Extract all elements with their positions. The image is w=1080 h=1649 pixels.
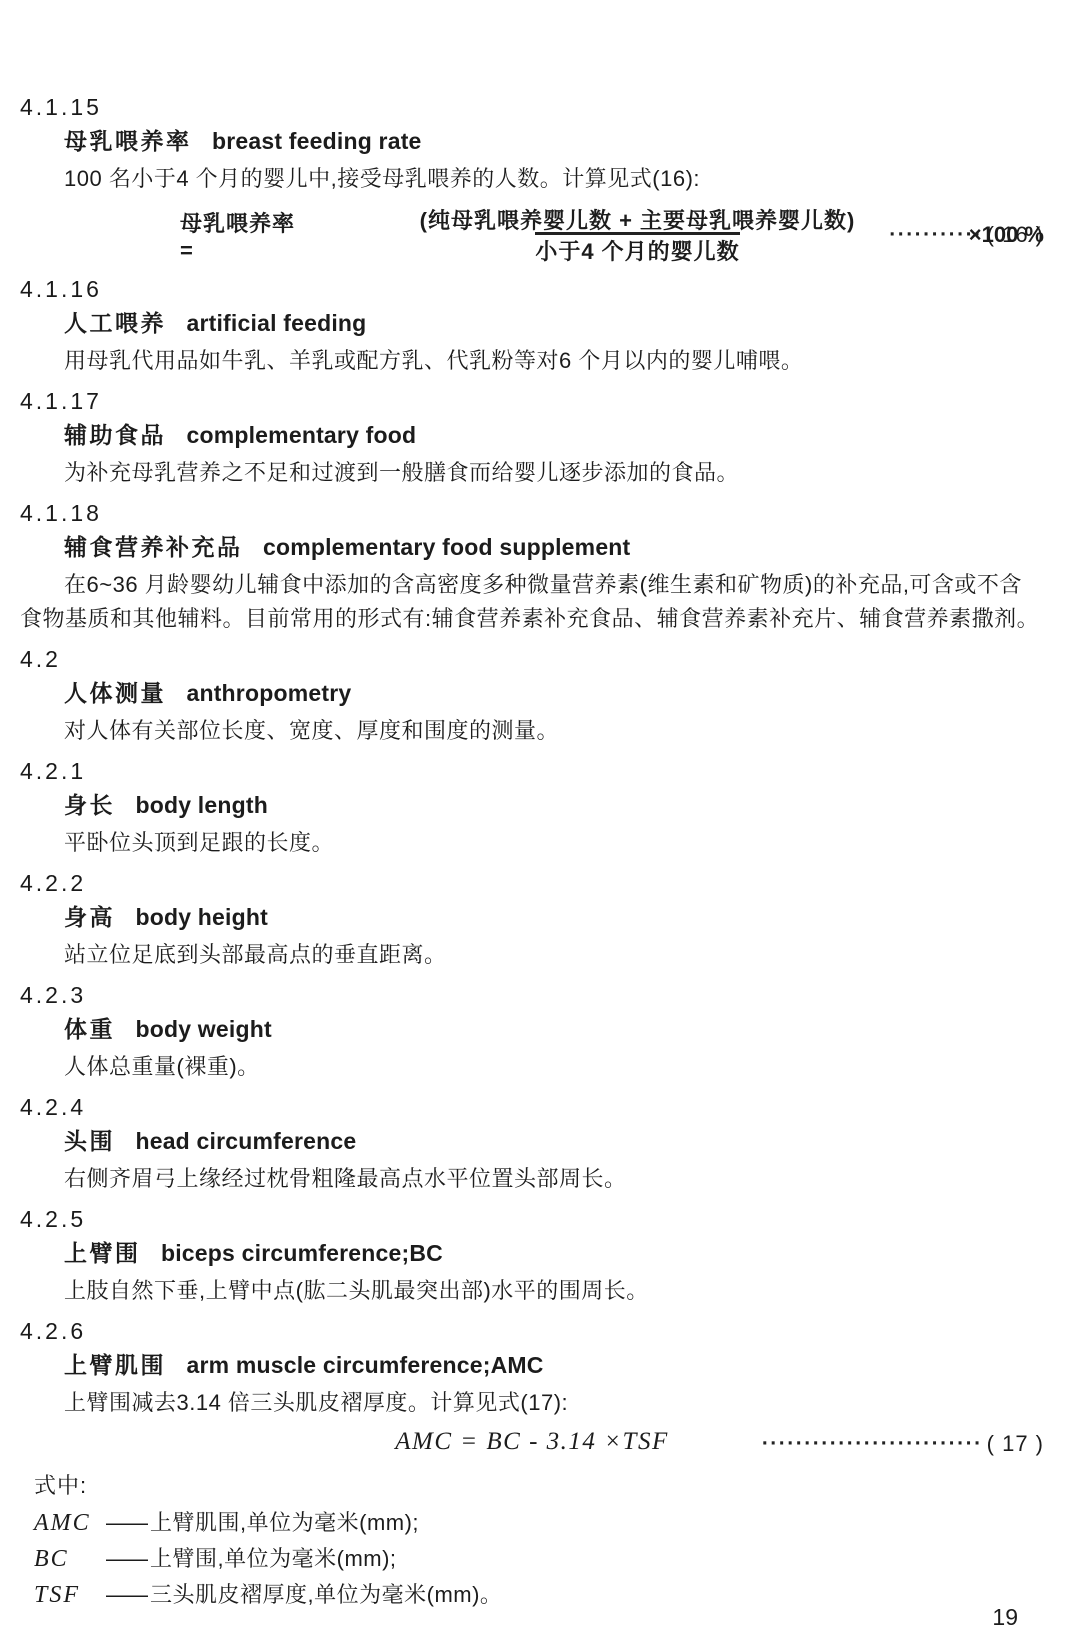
section-4-2-4: 4.2.4 头围 head circumference 右侧齐眉弓上缘经过枕骨粗… — [20, 1091, 1044, 1196]
fraction-denominator: 小于4 个月的婴儿数 — [535, 232, 739, 264]
term-line: 上臂围 biceps circumference;BC — [64, 1236, 1044, 1274]
term-english: body length — [135, 792, 268, 818]
section-4-1-18: 4.1.18 辅食营养补充品 complementary food supple… — [20, 497, 1044, 636]
term-english: body height — [135, 904, 268, 930]
section-4-2-2: 4.2.2 身高 body height 站立位足底到头部最高点的垂直距离。 — [20, 867, 1044, 972]
document-page: 4.1.15 母乳喂养率 breast feeding rate 100 名小于… — [0, 0, 1080, 1613]
section-4-2: 4.2 人体测量 anthropometry 对人体有关部位长度、宽度、厚度和围… — [20, 643, 1044, 748]
section-number: 4.1.18 — [20, 497, 1044, 530]
definition-paragraph: 用母乳代用品如牛乳、羊乳或配方乳、代乳粉等对6 个月以内的婴儿哺喂。 — [20, 344, 1044, 378]
term-chinese: 辅助食品 — [64, 422, 166, 448]
term-line: 身高 body height — [64, 900, 1044, 938]
symbol: AMC — [34, 1505, 106, 1541]
term-chinese: 身高 — [64, 904, 115, 930]
term-line: 身长 body length — [64, 788, 1044, 826]
symbol-definition-bc: BC —— 上臂围,单位为毫米(mm); — [34, 1541, 1044, 1577]
definition-paragraph: 对人体有关部位长度、宽度、厚度和围度的测量。 — [20, 714, 1044, 748]
section-number: 4.2.2 — [20, 867, 1044, 900]
equation-number: ( 17 ) — [987, 1424, 1044, 1464]
term-line: 辅食营养补充品 complementary food supplement — [64, 530, 1044, 568]
formula-16-lhs: 母乳喂养率 = — [180, 207, 312, 264]
symbol: TSF — [34, 1577, 106, 1613]
term-english: biceps circumference;BC — [161, 1240, 443, 1266]
definition-paragraph: 上肢自然下垂,上臂中点(肱二头肌最突出部)水平的围周长。 — [20, 1274, 1044, 1308]
section-4-2-1: 4.2.1 身长 body length 平卧位头顶到足跟的长度。 — [20, 755, 1044, 860]
term-chinese: 辅食营养补充品 — [64, 534, 243, 560]
dotted-leader: ·························· — [762, 1424, 983, 1464]
section-4-1-17: 4.1.17 辅助食品 complementary food 为补充母乳营养之不… — [20, 385, 1044, 490]
symbol-description: 三头肌皮褶厚度,单位为毫米(mm)。 — [150, 1577, 502, 1613]
section-number: 4.2.3 — [20, 979, 1044, 1012]
term-chinese: 头围 — [64, 1128, 115, 1154]
section-4-2-5: 4.2.5 上臂围 biceps circumference;BC 上肢自然下垂… — [20, 1203, 1044, 1308]
term-chinese: 上臂肌围 — [64, 1352, 166, 1378]
term-line: 体重 body weight — [64, 1012, 1044, 1050]
formula-17-expression: AMC = BC - 3.14 ×TSF — [395, 1428, 668, 1455]
term-english: breast feeding rate — [212, 128, 422, 154]
section-number: 4.1.17 — [20, 385, 1044, 418]
definition-paragraph: 人体总重量(裸重)。 — [20, 1050, 1044, 1084]
definition-paragraph: 平卧位头顶到足跟的长度。 — [20, 826, 1044, 860]
where-label: 式中: — [34, 1467, 1044, 1505]
term-english: complementary food supplement — [263, 534, 630, 560]
section-number: 4.1.16 — [20, 273, 1044, 306]
definition-paragraph: 100 名小于4 个月的婴儿中,接受母乳喂养的人数。计算见式(16): — [20, 162, 1044, 196]
symbol: BC — [34, 1541, 106, 1577]
term-english: head circumference — [135, 1128, 356, 1154]
formula-17: AMC = BC - 3.14 ×TSF ···················… — [20, 1422, 1044, 1465]
term-line: 人体测量 anthropometry — [64, 676, 1044, 714]
section-number: 4.1.15 — [20, 91, 1044, 124]
term-english: artificial feeding — [186, 310, 366, 336]
dash: —— — [106, 1505, 146, 1541]
symbol-description: 上臂围,单位为毫米(mm); — [150, 1541, 397, 1577]
section-number: 4.2.4 — [20, 1091, 1044, 1124]
term-english: anthropometry — [186, 680, 351, 706]
term-chinese: 身长 — [64, 792, 115, 818]
definition-paragraph: 站立位足底到头部最高点的垂直距离。 — [20, 938, 1044, 972]
term-chinese: 体重 — [64, 1016, 115, 1042]
definition-paragraph: 上臂围减去3.14 倍三头肌皮褶厚度。计算见式(17): — [20, 1386, 1044, 1420]
section-4-2-3: 4.2.3 体重 body weight 人体总重量(裸重)。 — [20, 979, 1044, 1084]
dotted-leader: ··········· — [889, 223, 982, 247]
section-number: 4.2.6 — [20, 1315, 1044, 1348]
term-line: 人工喂养 artificial feeding — [64, 306, 1044, 344]
dash: —— — [106, 1541, 146, 1577]
symbol-definition-amc: AMC —— 上臂肌围,单位为毫米(mm); — [34, 1505, 1044, 1541]
term-chinese: 人体测量 — [64, 680, 166, 706]
section-number: 4.2.5 — [20, 1203, 1044, 1236]
section-4-2-6: 4.2.6 上臂肌围 arm muscle circumference;AMC … — [20, 1315, 1044, 1420]
symbol-description: 上臂肌围,单位为毫米(mm); — [150, 1505, 419, 1541]
section-4-1-15: 4.1.15 母乳喂养率 breast feeding rate 100 名小于… — [20, 91, 1044, 196]
definition-paragraph: 在6~36 月龄婴幼儿辅食中添加的含高密度多种微量营养素(维生素和矿物质)的补充… — [20, 568, 1044, 636]
symbol-definition-tsf: TSF —— 三头肌皮褶厚度,单位为毫米(mm)。 — [34, 1577, 1044, 1613]
page-number: 19 — [992, 1604, 1018, 1631]
term-line: 头围 head circumference — [64, 1124, 1044, 1162]
formula-16-fraction: (纯母乳喂养婴儿数 + 主要母乳喂养婴儿数) 小于4 个月的婴儿数 — [318, 204, 957, 266]
section-number: 4.2 — [20, 643, 1044, 676]
term-chinese: 母乳喂养率 — [64, 128, 192, 154]
formula-16: 母乳喂养率 = (纯母乳喂养婴儿数 + 主要母乳喂养婴儿数) 小于4 个月的婴儿… — [20, 204, 1044, 266]
term-english: body weight — [135, 1016, 271, 1042]
term-english: complementary food — [186, 422, 416, 448]
section-number: 4.2.1 — [20, 755, 1044, 788]
term-chinese: 人工喂养 — [64, 310, 166, 336]
section-4-1-16: 4.1.16 人工喂养 artificial feeding 用母乳代用品如牛乳… — [20, 273, 1044, 378]
term-line: 上臂肌围 arm muscle circumference;AMC — [64, 1348, 1044, 1386]
equation-number: ( 16 ) — [987, 222, 1044, 248]
term-english: arm muscle circumference;AMC — [186, 1352, 543, 1378]
formula-16-number-group: ··········· ( 16 ) — [889, 222, 1044, 248]
definition-paragraph: 右侧齐眉弓上缘经过枕骨粗隆最高点水平位置头部周长。 — [20, 1162, 1044, 1196]
definition-paragraph: 为补充母乳营养之不足和过渡到一般膳食而给婴儿逐步添加的食品。 — [20, 456, 1044, 490]
where-clause: 式中: AMC —— 上臂肌围,单位为毫米(mm); BC —— 上臂围,单位为… — [20, 1467, 1044, 1613]
formula-17-number-group: ·························· ( 17 ) — [762, 1424, 1044, 1464]
dash: —— — [106, 1577, 146, 1613]
term-line: 母乳喂养率 breast feeding rate — [64, 124, 1044, 162]
term-line: 辅助食品 complementary food — [64, 418, 1044, 456]
term-chinese: 上臂围 — [64, 1240, 141, 1266]
